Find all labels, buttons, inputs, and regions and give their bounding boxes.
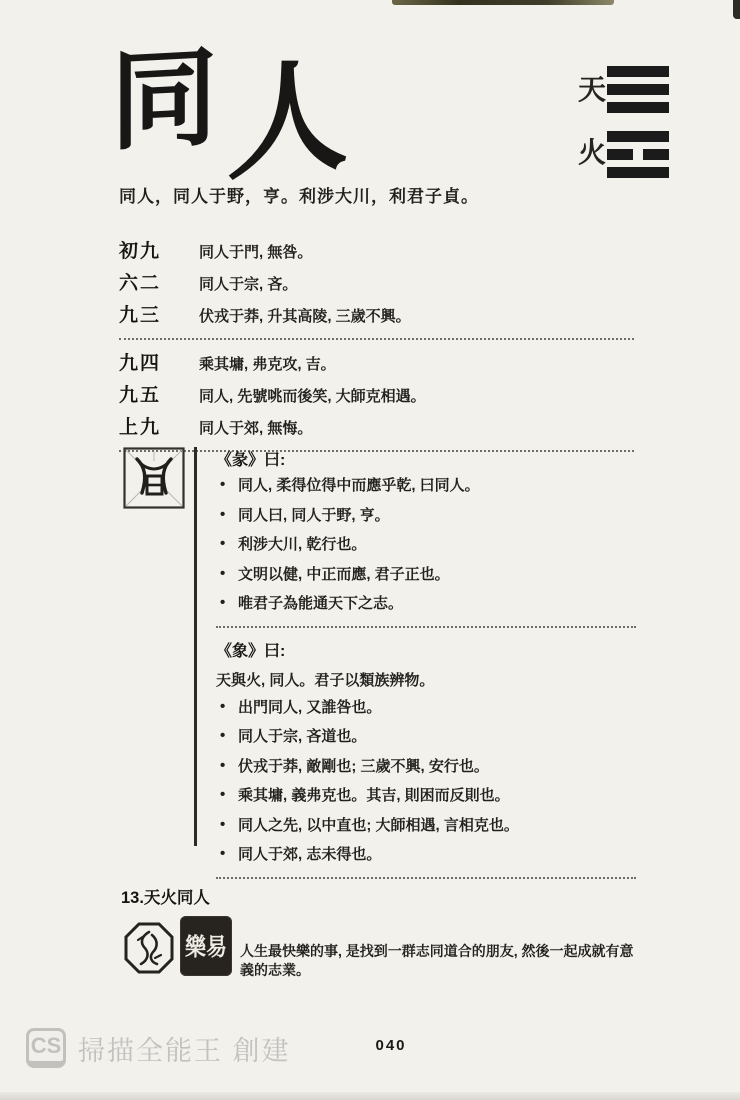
- yao-label: 九三: [119, 300, 199, 327]
- scanner-watermark: CS 掃描全能王 創建: [26, 1028, 291, 1068]
- title-char-ren: 人: [226, 51, 352, 187]
- dotted-divider: [119, 338, 634, 340]
- yao-row: 九三 伏戎于莽, 升其高陵, 三歲不興。: [119, 300, 634, 332]
- judgment-text: 同人，同人于野，亨。利涉大川，利君子貞。: [119, 182, 639, 207]
- yao-row: 初九 同人于門, 無咎。: [119, 236, 634, 268]
- hexagram-line-broken: [607, 149, 669, 160]
- hexagram: [607, 66, 669, 185]
- scan-artifact-bottom-edge: [0, 1092, 740, 1100]
- xiang-bullets: 出門同人, 又誰咎也。 同人于宗, 吝道也。 伏戎于莽, 敵剛也; 三歲不興, …: [216, 700, 636, 864]
- yao-text: 伏戎于莽, 升其高陵, 三歲不興。: [199, 305, 411, 326]
- ancient-tong-seal-icon: [123, 447, 185, 509]
- yao-label: 初九: [119, 236, 199, 263]
- dotted-divider: [216, 626, 636, 628]
- yao-row: 九五 同人, 先號咷而後笑, 大師克相遇。: [119, 380, 634, 412]
- xiang-bullet: 乘其墉, 義弗克也。其吉, 則困而反則也。: [216, 788, 636, 805]
- yao-label: 九五: [119, 380, 199, 407]
- dark-seal-characters: 樂易: [185, 929, 227, 964]
- yao-text: 同人于宗, 吝。: [199, 273, 297, 294]
- trigram-label-fire: 火: [578, 131, 606, 171]
- dotted-divider: [216, 877, 636, 879]
- yao-text: 同人, 先號咷而後笑, 大師克相遇。: [199, 385, 426, 406]
- xiang-lead-text: 天與火, 同人。君子以類族辨物。: [216, 669, 636, 690]
- xiang-bullet: 同人于郊, 志未得也。: [216, 847, 636, 864]
- tuan-bullet: 同人, 柔得位得中而應乎乾, 曰同人。: [216, 478, 636, 495]
- commentary-vertical-rule: [194, 447, 197, 846]
- yao-row: 九四 乘其墉, 弗克攻, 吉。: [119, 348, 634, 380]
- xiang-bullet: 同人于宗, 吝道也。: [216, 729, 636, 746]
- dark-square-seal-icon: 樂易: [180, 916, 232, 976]
- xiang-bullet: 同人之先, 以中直也; 大師相遇, 言相克也。: [216, 818, 636, 835]
- camscanner-badge-icon: CS: [26, 1028, 66, 1068]
- hexagram-line-solid: [607, 167, 669, 178]
- commentary-block: 《彖》曰: 同人, 柔得位得中而應乎乾, 曰同人。 同人曰, 同人于野, 亨。 …: [216, 447, 636, 889]
- scanned-book-page: 同 人 天 火 同人，同人于野，亨。利涉大川，利君子貞。 初九 同人于門, 無咎…: [0, 0, 740, 1100]
- title-char-tong: 同: [110, 43, 218, 157]
- yao-row: 六二 同人于宗, 吝。: [119, 268, 634, 300]
- hexagram-line-solid: [607, 66, 669, 77]
- scan-artifact-corner: [733, 0, 740, 19]
- watermark-text: 掃描全能王 創建: [78, 1029, 291, 1068]
- xiang-bullet: 伏戎于莽, 敵剛也; 三歲不興, 安行也。: [216, 759, 636, 776]
- tuan-header: 《彖》曰:: [216, 447, 636, 470]
- hexagram-line-solid: [607, 102, 669, 113]
- yao-text: 乘其墉, 弗克攻, 吉。: [199, 353, 336, 374]
- trigram-label-heaven: 天: [578, 68, 606, 108]
- tuan-bullet: 唯君子為能通天下之志。: [216, 596, 636, 613]
- section-13-heading: 13.天火同人: [121, 884, 210, 908]
- yao-text: 同人于郊, 無悔。: [199, 417, 312, 438]
- tuan-bullets: 同人, 柔得位得中而應乎乾, 曰同人。 同人曰, 同人于野, 亨。 利涉大川, …: [216, 478, 636, 613]
- yao-label: 六二: [119, 268, 199, 295]
- yao-label: 九四: [119, 348, 199, 375]
- hexagram-title-calligraphy: 同 人: [110, 28, 370, 198]
- yao-lines-list: 初九 同人于門, 無咎。 六二 同人于宗, 吝。 九三 伏戎于莽, 升其高陵, …: [119, 236, 634, 460]
- tuan-bullet: 同人曰, 同人于野, 亨。: [216, 508, 636, 525]
- yao-row: 上九 同人于郊, 無悔。: [119, 412, 634, 444]
- hexagram-line-solid: [607, 131, 669, 142]
- yao-text: 同人于門, 無咎。: [199, 241, 312, 262]
- scan-artifact-top: [392, 0, 614, 5]
- xiang-header: 《象》曰:: [216, 638, 636, 661]
- octagon-seal-icon: [124, 922, 174, 974]
- xiang-bullet: 出門同人, 又誰咎也。: [216, 700, 636, 717]
- hexagram-line-solid: [607, 84, 669, 95]
- section-13-sentence: 人生最快樂的事, 是找到一群志同道合的朋友, 然後一起成就有意義的志業。: [240, 942, 640, 980]
- tuan-bullet: 利涉大川, 乾行也。: [216, 537, 636, 554]
- tuan-bullet: 文明以健, 中正而應, 君子正也。: [216, 567, 636, 584]
- yao-label: 上九: [119, 412, 199, 439]
